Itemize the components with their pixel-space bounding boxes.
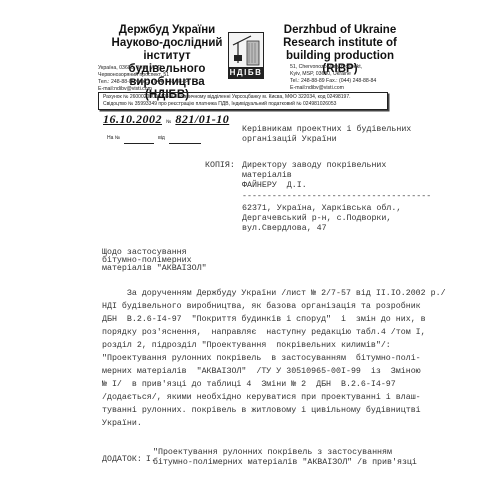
appendix: ДОДАТОК: I.: [102, 448, 156, 466]
copy-recipient-line-1: Директору заводу покрівельних: [242, 161, 431, 171]
body-line-3: ДБН В.2.6-I4-97 "Покриття будинків і спо…: [102, 313, 446, 326]
org-title-uk-line-1: Держбуд України: [92, 24, 242, 37]
body-line-7: мерних матеріалів "АКВАІЗОЛ" /ТУ У 30510…: [102, 365, 446, 378]
reply-number-blank: [124, 143, 154, 144]
bank-details-box: Рахунок № 26000200006404 в Залізничному …: [98, 92, 388, 110]
appendix-label: ДОДАТОК:: [102, 455, 142, 464]
address-uk-line-2: Червонозоряний проспект, 51: [98, 72, 238, 79]
copy-recipient-name: ФАЙНЕРУ Д.І.: [242, 181, 431, 191]
body-line-11: України.: [102, 417, 446, 430]
number-label: №: [166, 119, 171, 125]
separator-line: --------------------------------------: [242, 193, 431, 201]
address-en: 51, Chervonozoryany prospekt, Kyiv, MSP,…: [290, 64, 430, 92]
copy-recipient-address: 62371, Україна, Харківська обл., Дергаче…: [242, 204, 401, 234]
body-line-5: розділ 2, підрозділ "Проектування покрів…: [102, 339, 446, 352]
building-crane-icon: [229, 33, 263, 67]
reply-number-label: На №: [107, 135, 120, 141]
email-en: E-mail:ndibv@visti.com: [290, 85, 430, 92]
appendix-line-1: "Проектування рулонних покрівель з засто…: [153, 448, 417, 458]
logo-label: НДІБВ: [229, 67, 263, 78]
org-title-en-line-2: Research institute of: [280, 37, 400, 50]
org-title-en-line-1: Derzhbud of Ukraine: [280, 24, 400, 37]
phone-fax-uk: Тел.: 248-88-89 Факс.: (044) 248-88-84: [98, 79, 238, 86]
body-line-2: НДІ будівельного виробництва, як базова …: [102, 300, 446, 313]
primary-recipient: Керівникам проектних і будівельних орган…: [242, 125, 411, 145]
appendix-item: "Проектування рулонних покрівель з засто…: [153, 448, 417, 468]
bank-account-line: Рахунок № 26000200006404 в Залізничному …: [103, 94, 383, 101]
reply-reference: На № від: [107, 126, 201, 144]
body-line-4: порядку роз'яснення, направляє наступну …: [102, 326, 446, 339]
copy-recipient: Директору заводу покрівельних матеріалів…: [242, 161, 431, 201]
address-en-line-1: 51, Chervonozoryany prospekt,: [290, 64, 430, 71]
handwritten-number: 821/01-10: [175, 112, 229, 126]
institute-logo: НДІБВ: [228, 32, 264, 79]
address-line-1: 62371, Україна, Харківська обл.,: [242, 204, 401, 214]
handwritten-date: 16.10.2002: [103, 112, 162, 126]
vat-certificate-line: Свідоцтво № 35993349 про реєстрацію плат…: [103, 101, 383, 108]
address-en-line-2: Kyiv, MSP, 03680, Ukraine: [290, 71, 430, 78]
org-title-uk-line-2: Науково-дослідний інститут: [92, 37, 242, 63]
address-line-2: Дергачевський р-н, с.Подворки,: [242, 214, 401, 224]
letter-body: За дорученням Держбуду України /лист № 2…: [102, 287, 446, 430]
copy-recipient-line-2: матеріалів: [242, 171, 431, 181]
org-title-en-line-3: building production: [280, 50, 400, 63]
body-line-10: туванні рулонних. покрівель в житловому …: [102, 404, 446, 417]
reply-from-label: від: [158, 135, 165, 141]
reply-date-blank: [169, 143, 201, 144]
body-line-8: № I/ в прив'язці до таблиці 4 Зміни № 2 …: [102, 378, 446, 391]
appendix-line-2: бітумно-полімерних матеріалів "АКВАІЗОЛ"…: [153, 458, 417, 468]
subject-line-3: матеріалів "АКВАІЗОЛ": [102, 265, 207, 273]
recipient-line-1: Керівникам проектних і будівельних: [242, 125, 411, 135]
body-line-6: "Проектування рулонних покрівель в засто…: [102, 352, 446, 365]
address-uk-line-1: Україна, 03680, Київ, МСП,: [98, 65, 238, 72]
subject: Щодо застосування бітумно-полімерних мат…: [102, 249, 207, 273]
copy-label: КОПІЯ:: [205, 161, 235, 171]
body-line-1: За дорученням Держбуду України /лист № 2…: [102, 287, 446, 300]
address-uk: Україна, 03680, Київ, МСП, Червонозоряни…: [98, 65, 238, 93]
phone-fax-en: Tel.: 248-88-89 Fax.: (044) 248-88-84: [290, 78, 430, 85]
recipient-line-2: організацій України: [242, 135, 411, 145]
body-line-9: /додається/, якими необхідно керуватися …: [102, 391, 446, 404]
address-line-3: вул.Свердлова, 47: [242, 224, 401, 234]
